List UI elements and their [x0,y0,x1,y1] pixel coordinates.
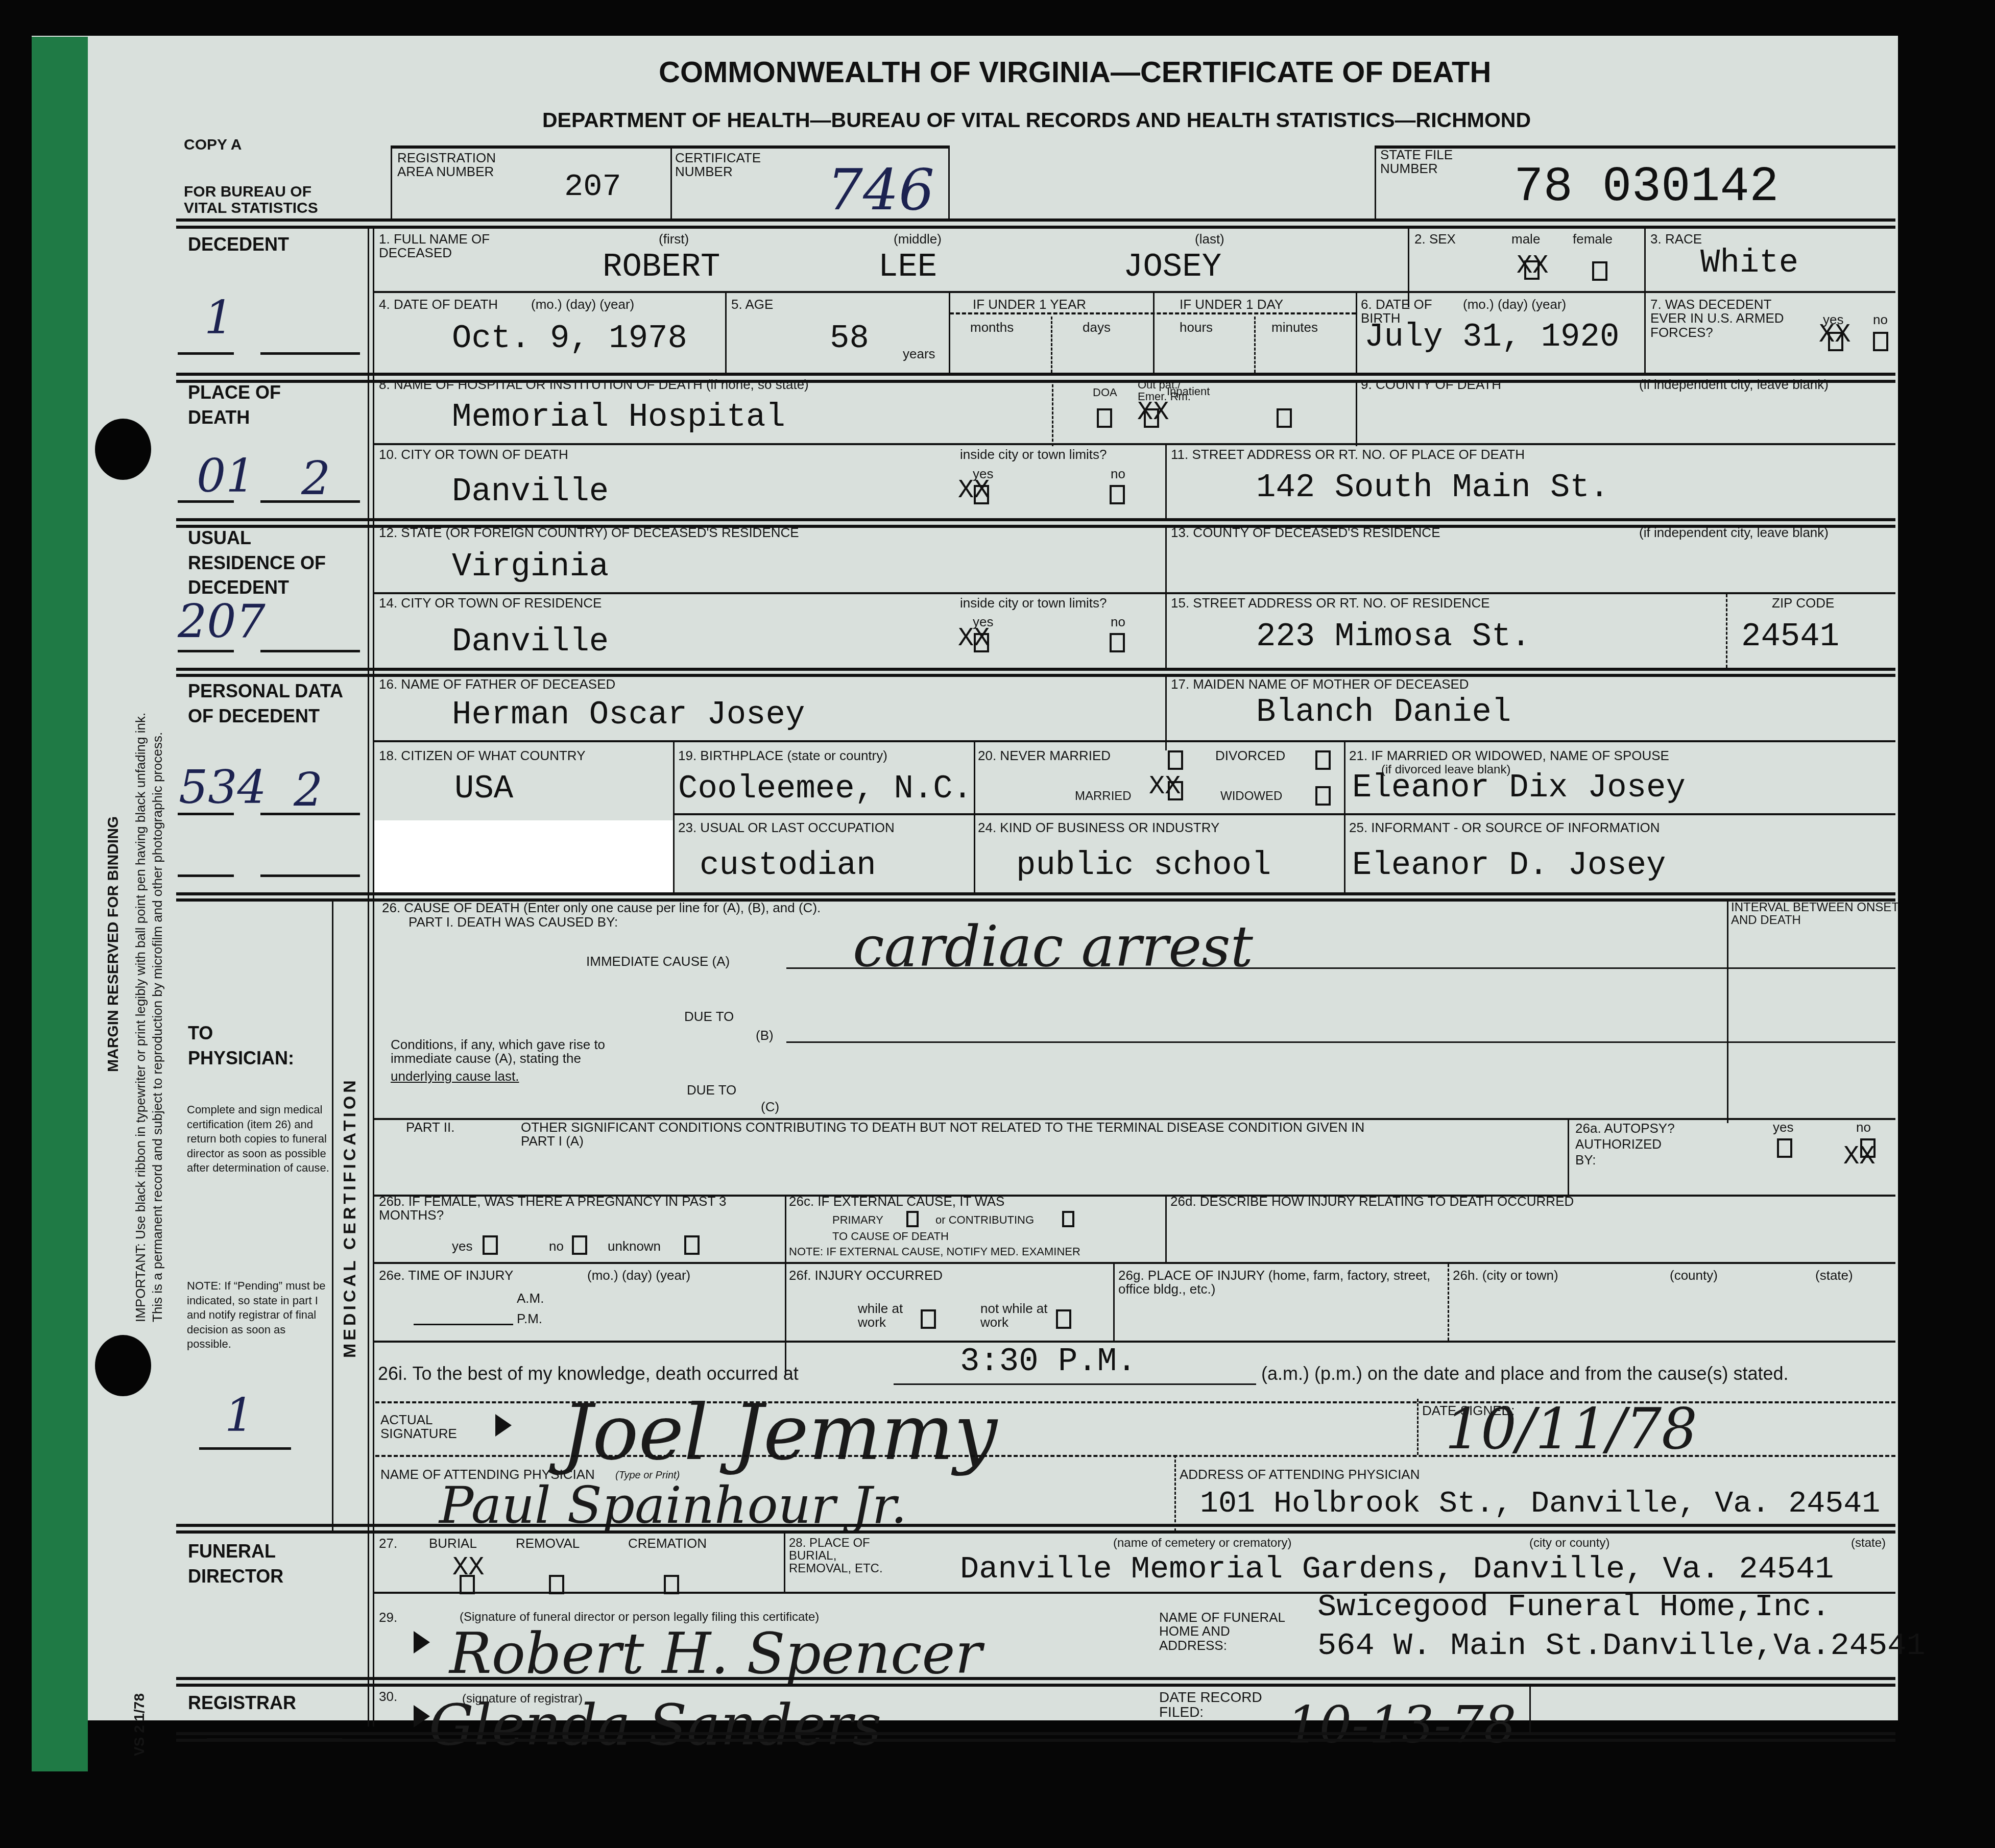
director-signature-number: 29. [379,1611,397,1624]
form-code: VS 2 1/78 [132,1693,147,1756]
age-unit: years [903,347,935,361]
c-label: (C) [761,1100,779,1114]
section-funeral-director: FUNERAL DIRECTOR [188,1539,321,1589]
injury-description-label: 26d. DESCRIBE HOW INJURY RELATING TO DEA… [1170,1195,1574,1208]
section-registrar: REGISTRAR [188,1691,296,1716]
hours-label: hours [1180,321,1213,334]
residence-address-label: 15. STREET ADDRESS OR RT. NO. OF RESIDEN… [1171,596,1490,610]
burial-city-label: (city or county) [1529,1537,1609,1549]
burial-place: Danville Memorial Gardens, Danville, Va.… [960,1551,1834,1587]
industry-label: 24. KIND OF BUSINESS OR INDUSTRY [978,821,1219,835]
registrar-signature[interactable]: Glenda Sanders [429,1692,881,1758]
citizen: USA [454,771,513,808]
full-name-label: 1. FULL NAME OF DECEASED [379,232,532,260]
am-label: A.M. [517,1292,544,1305]
mother-name: Blanch Daniel [1256,694,1511,731]
industry: public school [1016,847,1271,884]
date-of-death-parts: (mo.) (day) (year) [531,298,634,311]
injury-county-label: (county) [1670,1269,1718,1282]
certificate-number-label: CERTIFICATE NUMBER [675,151,777,179]
contributing-label: or CONTRIBUTING [935,1214,1034,1226]
death-time-statement: 26i. To the best of my knowledge, death … [378,1364,799,1383]
informant-label: 25. INFORMANT - OR SOURCE OF INFORMATION [1349,821,1660,835]
age: 58 [830,321,869,357]
registration-area-number: 207 [564,168,621,205]
death-limits-no-checkbox[interactable] [1110,485,1125,504]
citizen-label: 18. CITIZEN OF WHAT COUNTRY [379,749,585,763]
cremation-label: CREMATION [628,1537,707,1550]
residence-limits-label: inside city or town limits? [960,596,1107,610]
death-limits-no-label: no [1111,467,1125,481]
cemetery-label: (name of cemetery or crematory) [1113,1537,1291,1549]
never-married-checkbox[interactable] [1168,750,1183,770]
part1-label: PART I. DEATH WAS CAUSED BY: [408,915,618,929]
first-name: ROBERT [603,249,720,286]
time-of-death: 3:30 P.M. [960,1344,1137,1380]
autopsy-yes-label: yes [1773,1121,1793,1134]
punch-hole [95,1335,151,1396]
b-label: (B) [756,1029,774,1042]
date-of-death-label: 4. DATE OF DEATH [379,298,498,311]
residence-limits-mark: XX [958,625,990,652]
margin-binding-note: MARGIN RESERVED FOR BINDING [105,816,122,1072]
widowed-label: WIDOWED [1220,790,1282,803]
birthplace-label: 19. BIRTHPLACE (state or country) [678,749,887,763]
occupation: custodian [700,847,876,884]
certificate-number: 746 [827,157,934,223]
doa-label: DOA [1093,386,1117,398]
removal-label: REMOVAL [516,1537,580,1550]
external-note: NOTE: IF EXTERNAL CAUSE, NOTIFY MED. EXA… [789,1246,1080,1257]
race-label: 3. RACE [1650,232,1702,246]
outpat-mark: XX [1137,399,1169,426]
funeral-home-name: Swicegood Funeral Home,Inc. [1317,1589,1831,1625]
informant: Eleanor D. Josey [1352,847,1666,884]
actual-signature-label: ACTUAL SIGNATURE [380,1413,483,1441]
funeral-home-label: NAME OF FUNERAL HOME AND ADDRESS: [1159,1611,1292,1652]
preg-yes-checkbox[interactable] [483,1235,498,1255]
mother-label: 17. MAIDEN NAME OF MOTHER OF DECEASED [1171,677,1469,691]
conditions-note: Conditions, if any, which gave rise to i… [391,1038,656,1066]
residence-city-label: 14. CITY OR TOWN OF RESIDENCE [379,596,602,610]
hospital-label: 8. NAME OF HOSPITAL OR INSTITUTION OF DE… [379,378,809,392]
married-label: MARRIED [1075,790,1132,803]
interval-label: INTERVAL BETWEEN ONSET AND DEATH [1731,901,1900,927]
date-of-death: Oct. 9, 1978 [452,321,687,357]
primary-label: PRIMARY [832,1214,883,1226]
part2-label: PART II. [406,1121,454,1134]
residence-county-note: (if independent city, leave blank) [1639,526,1829,540]
months-label: months [970,321,1014,334]
injury-occurred-label: 26f. INJURY OCCURRED [789,1269,943,1282]
armed-no-label: no [1873,313,1888,327]
armed-no-checkbox[interactable] [1873,332,1888,351]
county-of-death-label: 9. COUNTY OF DEATH [1361,378,1501,392]
preg-no-label: no [549,1239,564,1253]
burial-label: BURIAL [429,1537,477,1550]
pregnancy-label: 26b. IF FEMALE, WAS THERE A PREGNANCY IN… [379,1195,767,1223]
occupation-label: 23. USUAL OR LAST OCCUPATION [678,821,895,835]
margin-important-note: IMPORTANT: Use black ribbon in typewrite… [134,713,148,1322]
preg-yes-label: yes [452,1239,472,1253]
state-file-label: STATE FILE NUMBER [1380,148,1482,176]
to-cause-label: TO CAUSE OF DEATH [832,1230,949,1242]
physician-address: 101 Holbrook St., Danville, Va. 24541 [1200,1487,1880,1521]
signature-arrow-icon [495,1414,512,1437]
days-label: days [1083,321,1111,334]
residence-city: Danville [452,624,609,661]
due-to-b-label: DUE TO [684,1010,734,1024]
punch-hole [95,419,151,480]
place-of-injury-label: 26g. PLACE OF INJURY (home, farm, factor… [1118,1269,1435,1297]
place-address: 142 South Main St. [1256,470,1609,506]
armed-forces-label: 7. WAS DECEDENT EVER IN U.S. ARMED FORCE… [1650,298,1793,339]
residence-code: 207 [178,595,266,648]
residence-state-label: 12. STATE (OR FOREIGN COUNTRY) OF DECEAS… [379,526,799,540]
medical-certification-label: MEDICAL CERTIFICATION [341,1077,359,1358]
sex-female-checkbox[interactable] [1592,261,1607,281]
burial-mark: XX [452,1554,484,1581]
birthplace: Cooleemee, N.C. [678,771,972,808]
section-decedent: DECEDENT [188,232,289,257]
primary-checkbox[interactable] [906,1211,919,1227]
last-label: (last) [1195,232,1224,246]
residence-limits-no-label: no [1111,615,1125,629]
death-limits-mark: XX [958,477,990,504]
section-personal-data: PERSONAL DATA OF DECEDENT [188,679,351,728]
autopsy-label: 26a. AUTOPSY? AUTHORIZED BY: [1575,1121,1677,1169]
married-mark: XX [1149,773,1181,800]
section-to-physician: TO PHYSICIAN: [188,1021,321,1071]
registrar-number: 30. [379,1690,397,1704]
residence-county-label: 13. COUNTY OF DECEASED'S RESIDENCE [1171,526,1440,540]
race: White [1700,245,1798,282]
part2-text: OTHER SIGNIFICANT CONDITIONS CONTRIBUTIN… [521,1121,1399,1149]
middle-label: (middle) [894,232,942,246]
city-of-death: Danville [452,474,609,510]
city-of-death-label: 10. CITY OR TOWN OF DEATH [379,448,568,461]
spouse-name: Eleanor Dix Josey [1352,770,1686,807]
contributing-checkbox[interactable] [1062,1211,1074,1227]
place-address-label: 11. STREET ADDRESS OR RT. NO. OF PLACE O… [1171,448,1525,461]
under-1-day-label: IF UNDER 1 DAY [1180,298,1283,311]
decedent-code: 1 [204,291,233,345]
place-code-2: 2 [301,452,330,505]
inpatient-label: Inpatient [1167,385,1210,397]
state-file-number: 78 030142 [1514,159,1778,215]
zip-label: ZIP CODE [1772,596,1834,610]
father-name: Herman Oscar Josey [452,697,805,734]
not-while-work-label: not while at work [980,1302,1057,1330]
never-married-label: 20. NEVER MARRIED [978,749,1111,763]
preg-unknown-checkbox[interactable] [684,1235,700,1255]
father-label: 16. NAME OF FATHER OF DECEASED [379,677,615,691]
physician-address-label: ADDRESS OF ATTENDING PHYSICIAN [1180,1468,1420,1481]
hospital: Memorial Hospital [452,399,785,436]
not-while-work-checkbox[interactable] [1056,1309,1071,1329]
certificate-title: COMMONWEALTH OF VIRGINIA—CERTIFICATE OF … [659,55,1491,89]
residence-address: 223 Mimosa St. [1256,619,1531,655]
residence-limits-no-checkbox[interactable] [1110,633,1125,652]
disposition-label: 27. [379,1537,397,1550]
place-code-1: 01 [197,449,255,503]
time-of-injury-parts: (mo.) (day) (year) [587,1269,690,1282]
injury-state-label: (state) [1815,1269,1853,1282]
bureau-label: FOR BUREAU OF VITAL STATISTICS [184,184,337,216]
age-label: 5. AGE [731,298,773,311]
personal-code-2: 2 [294,763,323,817]
conditions-underline: underlying cause last. [391,1069,519,1083]
sex-male-label: male [1511,232,1540,246]
cause-of-death-label: 26. CAUSE OF DEATH (Enter only one cause… [382,901,821,915]
date-filed: 10-13-78 [1287,1695,1516,1755]
physician-instructions: Complete and sign medical certification … [187,1103,330,1176]
margin-permanent-note: This is a permanent record and subject t… [151,732,164,1322]
due-to-c-label: DUE TO [687,1083,736,1097]
residence-state: Virginia [452,549,609,586]
director-arrow-icon [414,1631,430,1654]
middle-name: LEE [878,249,937,286]
doa-checkbox[interactable] [1097,408,1112,428]
binding-strip [32,37,88,1771]
autopsy-mark: XX [1843,1144,1875,1170]
county-of-death-note: (if independent city, leave blank) [1639,378,1829,392]
autopsy-yes-checkbox[interactable] [1777,1138,1792,1158]
external-cause-label: 26c. IF EXTERNAL CAUSE, IT WAS [789,1195,1004,1208]
preg-no-checkbox[interactable] [572,1235,587,1255]
armed-forces-mark: XX [1819,322,1850,348]
redacted-field [374,820,673,892]
injury-city-label: 26h. (city or town) [1453,1269,1558,1282]
under-1-year-label: IF UNDER 1 YEAR [973,298,1086,311]
certificate-subtitle: DEPARTMENT OF HEALTH—BUREAU OF VITAL REC… [542,108,1531,132]
date-filed-label: DATE RECORD FILED: [1159,1690,1271,1720]
physician-note: NOTE: If “Pending” must be indicated, so… [187,1279,330,1352]
burial-state-label: (state) [1851,1537,1886,1549]
date-of-birth: July 31, 1920 [1364,319,1619,356]
divorced-label: DIVORCED [1215,749,1285,763]
copy-label: COPY A [184,137,242,153]
while-work-checkbox[interactable] [921,1309,936,1329]
last-name: JOSEY [1123,249,1221,286]
director-signature[interactable]: Robert H. Spencer [449,1621,982,1686]
preg-unknown-label: unknown [608,1239,661,1253]
section-place-of-death: PLACE OF DEATH [188,380,321,430]
registrar-arrow-icon [414,1705,430,1728]
date-of-birth-parts: (mo.) (day) (year) [1463,298,1566,311]
autopsy-no-label: no [1856,1121,1871,1134]
time-of-injury-label: 26e. TIME OF INJURY [379,1269,513,1282]
sex-female-label: female [1573,232,1613,246]
sex-mark: XX [1517,253,1548,279]
physician-signature[interactable]: Joel Jemmy [562,1389,997,1477]
first-label: (first) [659,232,689,246]
personal-code-1: 534 [179,761,267,814]
death-time-suffix: (a.m.) (p.m.) on the date and place and … [1261,1364,1789,1383]
immediate-cause-label: IMMEDIATE CAUSE (A) [586,955,730,968]
while-work-label: while at work [858,1302,904,1330]
inpatient-checkbox[interactable] [1277,408,1292,428]
minutes-label: minutes [1271,321,1318,334]
zip-code: 24541 [1741,619,1839,655]
pm-label: P.M. [517,1312,542,1326]
physician-code: 1 [225,1389,254,1442]
spouse-label: 21. IF MARRIED OR WIDOWED, NAME OF SPOUS… [1349,749,1669,763]
registration-area-label: REGISTRATION AREA NUMBER [397,151,530,179]
immediate-cause: cardiac arrest [853,914,1253,979]
widowed-checkbox[interactable] [1315,786,1331,806]
section-usual-residence: USUAL RESIDENCE OF DECEDENT [188,526,351,600]
sex-label: 2. SEX [1414,232,1456,246]
death-limits-label: inside city or town limits? [960,448,1107,461]
funeral-home-address: 564 W. Main St.Danville,Va.24541 [1317,1627,1926,1664]
date-signed: 10/11/78 [1445,1396,1697,1462]
burial-place-label: 28. PLACE OF BURIAL, REMOVAL, ETC. [789,1537,896,1575]
divorced-checkbox[interactable] [1315,750,1331,770]
